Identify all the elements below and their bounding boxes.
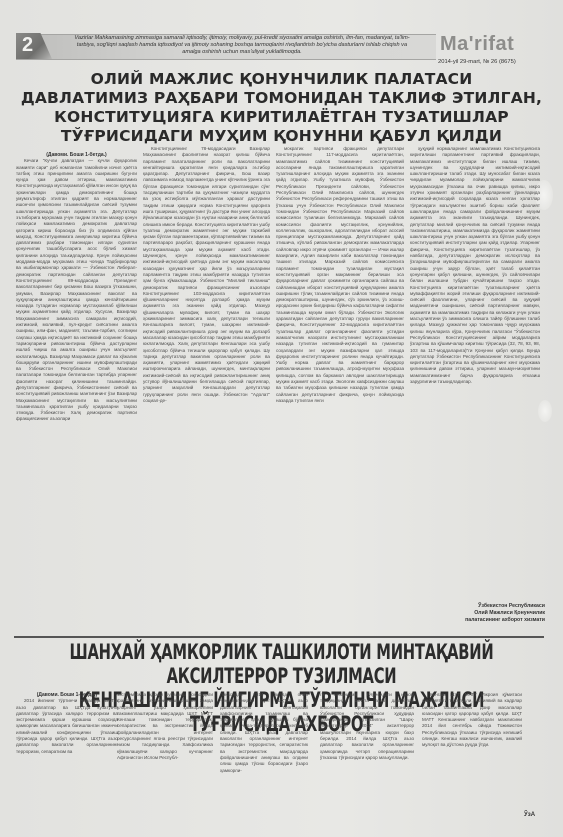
column-text: Кенгаш ШҲТ МАТТ Ижроия қўмитаси фаолияти… (422, 692, 522, 749)
headline-line: КОНСТИТУЦИЯГА КИРИТИЛАЁТГАН ТУЗАТИШЛАР (0, 108, 563, 127)
article2-column-3: ликасидан 2014 йилда олиб чиқарилганидан… (220, 692, 308, 822)
column-text: ликасидан 2014 йилда олиб чиқарилганидан… (220, 692, 308, 774)
headline-line: ТЎҒРИСИДАГИ МУҲИМ ҚОНУННИ ҚАБУЛ ҚИЛДИ (0, 127, 563, 146)
article1-column-1: (Давоми. Боши 1-бетда.) Кечаги "Кучли да… (16, 152, 137, 630)
article2-column-5: Кенгаш ШҲТ МАТТ Ижроия қўмитаси фаолияти… (422, 692, 522, 810)
issue-date: 2014-yil 29-mart, № 26 (8675) (438, 59, 516, 65)
signature-line: Ўзбекистон Республикаси (415, 603, 545, 610)
page-number: 2 (22, 34, 33, 57)
article1-headline: ОЛИЙ МАЖЛИС ҚОНУНЧИЛИК ПАЛАТАСИ ДАВЛАТИМ… (0, 70, 563, 146)
column-text: Кечаги "Кучли давлатдан — кучли фуқароли… (16, 158, 137, 422)
signature-line: палатасининг ахборот хизмати (415, 617, 545, 624)
article1-signature: Ўзбекистон Республикаси Олий Мажлиси Қон… (415, 603, 545, 624)
newspaper-page: 2 Vazirlar Mahkamasining zimmasiga samar… (0, 0, 563, 837)
article1-column-3: мократик партияси фракцияси депутатлари … (276, 146, 404, 630)
column-text: Конституциянинг 78-моддасидаги Вазирлар … (143, 146, 270, 404)
scan-artifact (538, 400, 552, 422)
column-text: мократик партияси фракцияси депутатлари … (276, 146, 404, 404)
column-text: ги механизми тўғрисидаги низом тасдиқлан… (320, 692, 414, 761)
article2-column-2: экстремизмга қарши курашиш соҳасидаги фа… (117, 692, 213, 822)
column-text: экстремизмга қарши курашиш соҳасидаги фа… (117, 692, 213, 761)
column-text: ҳуқуқий нормаларнинг мамлакатимиз Консти… (410, 146, 540, 385)
section-divider (14, 636, 544, 638)
headline-line: ДАВЛАТИМИЗ РАҲБАРИ ТОМОНИДАН ТАКЛИФ ЭТИЛ… (0, 89, 563, 108)
source-credit: ЎзА (524, 812, 535, 818)
headline-line: ШАНХАЙ ҲАМКОРЛИК ТАШКИЛОТИ МИНТАҚАВИЙ АК… (62, 640, 501, 688)
article1-column-2: Конституциянинг 78-моддасидаги Вазирлар … (143, 146, 270, 630)
article2-column-4: ги механизми тўғрисидаги низом тасдиқлан… (320, 692, 414, 822)
article1-column-4: ҳуқуқий нормаларнинг мамлакатимиз Консти… (410, 146, 540, 598)
signature-line: Олий Мажлиси Қонунчилик (415, 610, 545, 617)
column-text: 2014 йилнинг тўртинчи чорагида ШҲТга аъз… (16, 698, 118, 755)
headline-line: ОЛИЙ МАЖЛИС ҚОНУНЧИЛИК ПАЛАТАСИ (0, 70, 563, 89)
newspaper-name: Ma'rifat (440, 33, 514, 56)
masthead-motto: Vazirlar Mahkamasining zimmasiga samaral… (72, 35, 412, 56)
article2-column-1: (Давоми. Боши 1-бетда.) 2014 йилнинг тўр… (16, 692, 118, 822)
